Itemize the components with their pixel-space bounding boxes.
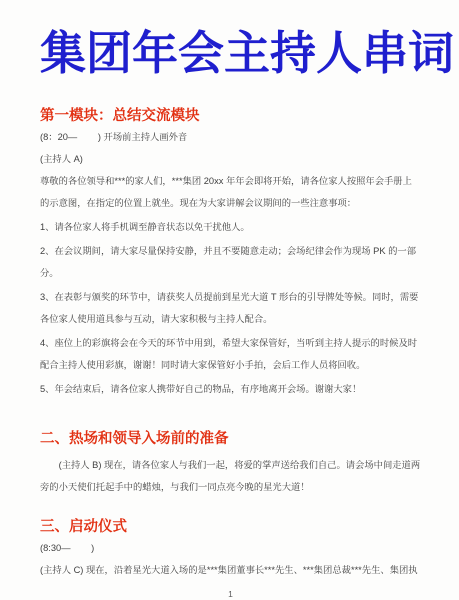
section3-paragraph: (主持人 C) 现在，沿着星光大道入场的是***集团董事长***先生、***集团… (40, 559, 421, 581)
notice-item-5: 5、年会结束后，请各位家人携带好自己的物品，有序地离开会场。谢谢大家！ (40, 378, 421, 400)
notice-item-3: 3、在表彰与颁奖的环节中，请获奖人员提前到星光大道 T 形台的引导牌处等候。同时… (40, 286, 421, 330)
section-warmup-preparation: 二、热场和领导入场前的准备 (主持人 B) 现在，请各位家人与我们一起，将爱的掌… (40, 430, 421, 498)
section1-host-line: (主持人 A) (40, 148, 421, 170)
section2-heading: 二、热场和领导入场前的准备 (40, 430, 421, 449)
document-page: 集团年会主持人串词 第一模块：总结交流模块 (8：20— ) 开场前主持人画外音… (0, 0, 459, 600)
notice-item-1: 1、请各位家人将手机调至静音状态以免干扰他人。 (40, 216, 421, 238)
section-launch-ceremony: 三、启动仪式 (8:30— ) (主持人 C) 现在，沿着星光大道入场的是***… (40, 518, 421, 581)
page-number: 1 (40, 588, 421, 600)
section1-intro-paragraph: 尊敬的各位领导和***的家人们，***集团 20xx 年年会即将开始，请各位家人… (40, 170, 421, 214)
section3-heading: 三、启动仪式 (40, 518, 421, 537)
section2-paragraph: (主持人 B) 现在，请各位家人与我们一起，将爱的掌声送给我们自己。请会场中间走… (40, 454, 421, 498)
section1-heading: 第一模块：总结交流模块 (40, 107, 421, 126)
section3-time-line: (8:30— ) (40, 537, 421, 559)
page-title: 集团年会主持人串词 (40, 26, 421, 81)
section1-time-line: (8：20— ) 开场前主持人画外音 (40, 126, 421, 148)
notice-item-4: 4、座位上的彩旗将会在今天的环节中用到，希望大家保管好，当听到主持人提示的时候及… (40, 332, 421, 376)
section-summary-module: 第一模块：总结交流模块 (8：20— ) 开场前主持人画外音 (主持人 A) 尊… (40, 107, 421, 400)
notice-item-2: 2、在会议期间，请大家尽量保持安静，并且不要随意走动；会场纪律会作为现场 PK … (40, 240, 421, 284)
